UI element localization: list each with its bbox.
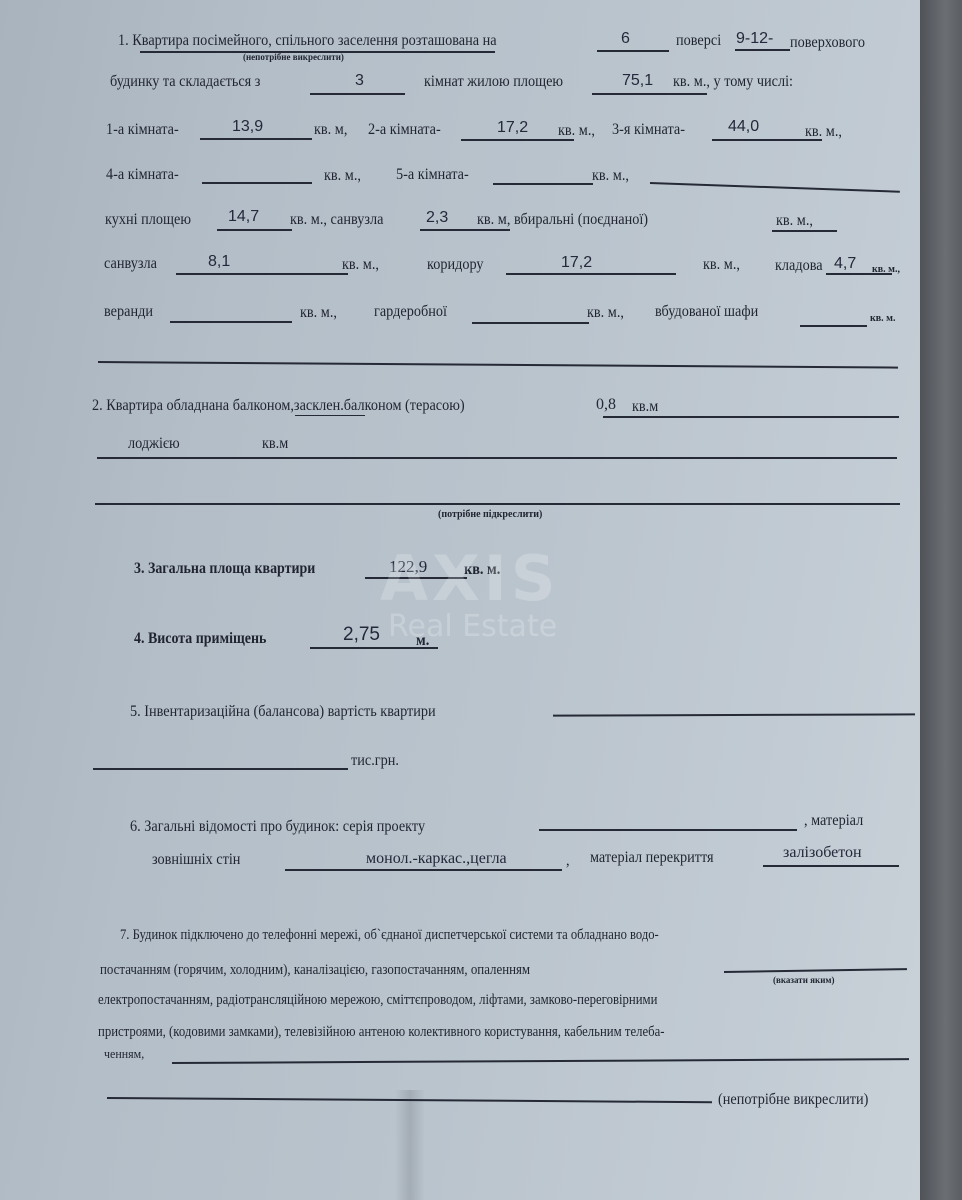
loggia-line bbox=[97, 457, 897, 459]
note-strike-2: (непотрібне викреслити) bbox=[718, 1092, 868, 1108]
height-value: 2,75 bbox=[343, 625, 380, 644]
inventory-line-2 bbox=[93, 768, 348, 770]
total-area-line bbox=[365, 577, 467, 579]
room3-value: 44,0 bbox=[728, 119, 759, 135]
building-info-label: 6. Загальні відомості про будинок: серія… bbox=[130, 819, 425, 835]
kitchen-line bbox=[217, 229, 292, 231]
building-floors-label: поверхового bbox=[790, 35, 865, 51]
note-underline: (потрібне підкреслити) bbox=[438, 510, 542, 520]
ceiling-line bbox=[763, 865, 899, 867]
project-series-line bbox=[539, 829, 797, 831]
loggia-unit: кв.м bbox=[262, 436, 288, 452]
walls-line bbox=[285, 869, 562, 871]
room5-label: 5-а кімната- bbox=[396, 167, 469, 183]
utilities-line2: постачанням (горячим, холодним), каналіз… bbox=[100, 963, 530, 978]
living-area-text: кімнат жилою площею bbox=[424, 74, 563, 90]
building-floors-value: 9-12- bbox=[736, 31, 773, 47]
closet-unit: кв. м. bbox=[870, 314, 895, 324]
floor-line bbox=[597, 50, 669, 52]
kitchen-value: 14,7 bbox=[228, 209, 259, 225]
living-area-line bbox=[592, 93, 707, 95]
note-strike: (непотрібне викреслити) bbox=[243, 53, 344, 62]
combined-bath-label: санвузла bbox=[104, 256, 157, 272]
total-area-unit: кв. м. bbox=[464, 562, 500, 578]
combined-bath-unit: кв. м., bbox=[342, 257, 379, 273]
utilities-line5: ченням, bbox=[104, 1047, 144, 1060]
bathroom-line bbox=[420, 229, 510, 231]
room1-value: 13,9 bbox=[232, 119, 263, 135]
floor-value: 6 bbox=[621, 31, 630, 47]
corridor-unit: кв. м., bbox=[703, 257, 740, 273]
balcony-value: 0,8 bbox=[596, 397, 616, 413]
rooms-count-value: 3 bbox=[355, 73, 364, 89]
wardrobe-unit: кв. м., bbox=[587, 305, 624, 321]
room1-label: 1-а кімната- bbox=[106, 122, 179, 138]
rooms-count-line bbox=[310, 93, 405, 95]
background-shadow bbox=[920, 0, 962, 1200]
corridor-line bbox=[506, 273, 676, 275]
balcony-unit: кв.м bbox=[632, 399, 658, 415]
section2-text: 2. Квартира обладнана балконом,засклен.б… bbox=[92, 398, 465, 414]
living-area-value: 75,1 bbox=[622, 73, 653, 89]
room2-label: 2-а кімната- bbox=[368, 122, 441, 138]
veranda-line bbox=[170, 321, 292, 323]
living-area-unit: кв. м., у тому числі: bbox=[673, 74, 793, 90]
room2-value: 17,2 bbox=[497, 120, 528, 136]
room4-unit: кв. м., bbox=[324, 168, 361, 184]
closet-label: вбудованої шафи bbox=[655, 304, 758, 320]
loggia-label: лоджією bbox=[128, 436, 180, 452]
room2-line bbox=[461, 139, 574, 141]
room5-line bbox=[493, 183, 593, 185]
combined-bath-value: 8,1 bbox=[208, 254, 230, 270]
section1-text: 1. Квартира посімейного, спільного засел… bbox=[118, 33, 497, 49]
room1-line bbox=[200, 138, 312, 140]
corridor-value: 17,2 bbox=[561, 255, 592, 271]
room4-label: 4-а кімната- bbox=[106, 167, 179, 183]
kitchen-unit: кв. м., санвузла bbox=[290, 212, 383, 228]
room3-unit: кв. м., bbox=[805, 124, 842, 140]
room4-line bbox=[202, 182, 312, 184]
veranda-label: веранди bbox=[104, 304, 153, 320]
note-specify: (вказати яким) bbox=[773, 976, 835, 985]
balcony-underline bbox=[295, 415, 365, 416]
corridor-label: коридору bbox=[427, 257, 484, 273]
rooms-text: будинку та складається з bbox=[110, 74, 260, 90]
room1-unit: кв. м, bbox=[314, 122, 347, 138]
room2-unit: кв. м., bbox=[558, 123, 595, 139]
utilities-line1: 7. Будинок підключено до телефонні мереж… bbox=[120, 928, 659, 943]
toilet-line bbox=[772, 230, 837, 232]
storage-value: 4,7 bbox=[834, 256, 856, 272]
walls-value: монол.-каркас.,цегла bbox=[366, 851, 507, 867]
height-unit: м. bbox=[416, 633, 429, 649]
ceiling-value: залізобетон bbox=[783, 845, 862, 861]
height-label: 4. Висота приміщень bbox=[134, 631, 266, 647]
material-label: , матеріал bbox=[804, 813, 863, 829]
building-floors-line bbox=[735, 49, 790, 51]
paper-fold bbox=[395, 1090, 425, 1200]
bathroom-value: 2,3 bbox=[426, 210, 448, 226]
storage-label: кладова bbox=[775, 258, 823, 274]
total-area-label: 3. Загальна площа квартири bbox=[134, 561, 315, 577]
wardrobe-line bbox=[472, 322, 589, 324]
kitchen-label: кухні площею bbox=[105, 212, 191, 228]
utilities-line3: електропостачанням, радіотрансляційною м… bbox=[98, 993, 657, 1008]
total-area-value: 122,9 bbox=[389, 558, 427, 575]
room5-unit: кв. м., bbox=[592, 168, 629, 184]
toilet-unit: кв. м., bbox=[776, 213, 813, 229]
veranda-unit: кв. м., bbox=[300, 305, 337, 321]
walls-label: зовнішніх стін bbox=[152, 852, 240, 868]
wardrobe-label: гардеробної bbox=[374, 304, 447, 320]
inventory-value-label: 5. Інвентаризаційна (балансова) вартість… bbox=[130, 704, 436, 720]
balcony-line bbox=[603, 416, 899, 418]
ceiling-label: матеріал перекриття bbox=[590, 850, 714, 866]
inventory-unit: тис.грн. bbox=[351, 753, 399, 769]
storage-unit: кв. м., bbox=[872, 265, 900, 275]
walls-comma: , bbox=[566, 853, 570, 869]
closet-line bbox=[800, 325, 867, 327]
section2-end-line bbox=[95, 503, 900, 505]
combined-bath-line bbox=[176, 273, 348, 275]
utilities-line4: пристроями, (кодовими замками), телевізі… bbox=[98, 1025, 665, 1040]
room3-label: 3-я кімната- bbox=[612, 122, 685, 138]
floor-label: поверсі bbox=[676, 33, 721, 49]
bathroom-unit: кв. м, вбиральні (поєднаної) bbox=[477, 212, 648, 228]
